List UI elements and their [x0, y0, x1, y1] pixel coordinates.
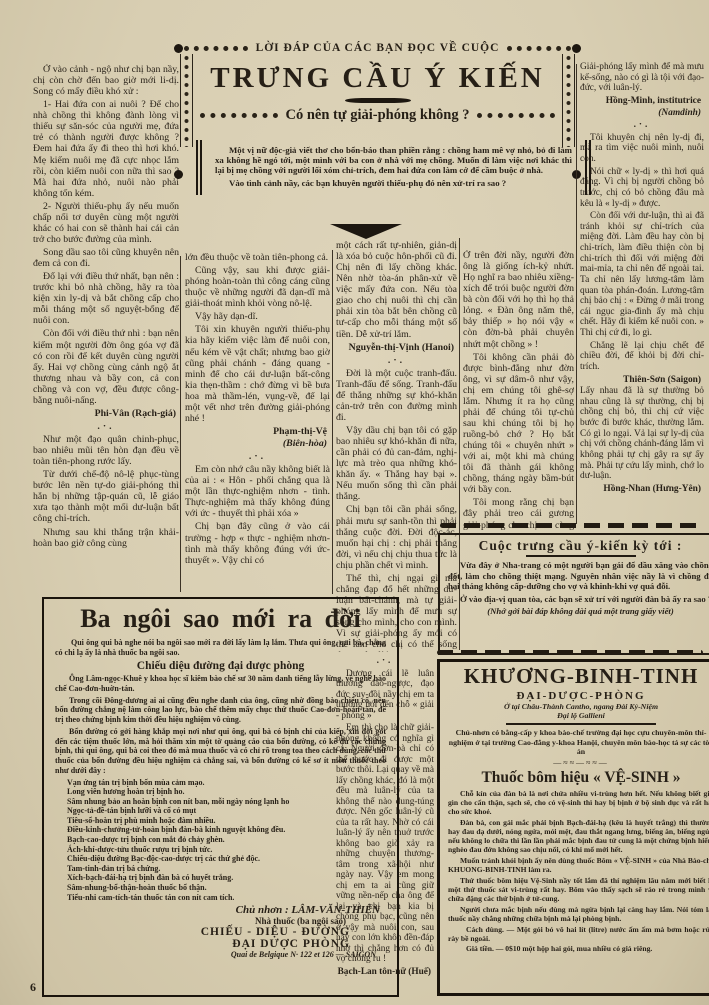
paragraph: Nói chữ « ly-dị » thì hơi quá đáng. Vì c… [580, 167, 704, 210]
paragraph: Trong cõi Đông-dương ai ai cũng đều nghe… [55, 696, 386, 725]
paragraph: Sâm-nhung-bổ-thận-hoàn thuốc bổ thận. [55, 883, 386, 893]
paragraph: Tiểu-nhi cam-tích-tán thuốc tán con nít … [55, 893, 386, 903]
khuong-product-title: Thuốc bôm hiệu « VỆ-SINH » [448, 769, 709, 787]
paragraph: Chỗ kín của đàn bà là nơi chứa nhiều vi-… [448, 790, 709, 817]
paragraph: Phi-Vân (Rạch-giá) [33, 408, 176, 419]
paragraph: .·. [185, 451, 330, 462]
paragraph: Một vị nữ độc-giả viết thơ cho bổn-báo t… [215, 145, 572, 176]
paragraph: Từ dưới chế-độ nô-lệ phục-tùng bước lên … [33, 469, 179, 524]
kicker-text: LỜI ĐÁP CỦA CÁC BẠN ĐỌC VỀ CUỘC [256, 42, 500, 54]
article-column-4: Ở trên đời nầy, người đờn ông là giống í… [463, 250, 574, 530]
paragraph: Cũng vậy, sau khi được giải-phóng hoàn-t… [185, 265, 330, 309]
paragraph: Như một đạo quân chinh-phục, bao nhiêu m… [33, 434, 179, 467]
paragraph: Sâm nhung bảo an hoàn bịnh con nít ban, … [55, 797, 386, 807]
newspaper-page: LỜI ĐÁP CỦA CÁC BẠN ĐỌC VỀ CUỘC TRƯNG CẦ… [0, 0, 709, 1005]
paragraph: Tôi không cần phải đò được bình-đẳng như… [463, 352, 574, 496]
paragraph: 1- Hai đứa con ai nuôi ? Để cho nhà chồn… [33, 99, 179, 199]
paragraph: Tam-tinh-đản trị bá chứng. [55, 864, 386, 874]
title-divider [345, 98, 411, 103]
paragraph: Thứ thuốc bôm hiệu Vệ-Sinh nầy tốt lắm đ… [448, 877, 709, 904]
subtitle-row: Có nên tự giải-phóng không ? [204, 107, 551, 124]
paragraph: Ngọc-tả-đề-tán bịnh lưỡi và cổ có mụt [55, 806, 386, 816]
paragraph: Xích-bạch-đái-hạ trị bịnh đàn bà có huyế… [55, 873, 386, 883]
three-stars-subhead: Chiếu diệu đường đại dược phòng [55, 660, 386, 672]
paragraph: Vậy dầu chị bạn tôi có gặp bao nhiêu sự … [336, 425, 457, 502]
next-survey-body: Vừa đây ở Nha-trang có một người bạn gái… [448, 560, 709, 617]
article-column-2: lớn đều thuộc về toàn tiên-phong cả.Cũng… [185, 252, 330, 594]
paragraph: Còn đối với điều thứ nhì : bạn nên kiếm … [33, 328, 179, 405]
column-rule [332, 250, 333, 594]
paragraph: Ở vào địa-vị quan tòa, các bạn sẽ xử trí… [448, 594, 709, 605]
khuong-ad-subtitle: ĐẠI-DƯỢC-PHÒNG [448, 690, 709, 702]
khuong-ad-title: KHƯƠNG-BINH-TINH [448, 664, 709, 689]
paragraph: Giải-phóng lấy mình để mà mưu kế-sống, n… [580, 62, 704, 94]
paragraph: Vậy hãy dạn-dĩ. [185, 311, 330, 322]
ornament-rule-icon [440, 523, 703, 528]
corner-dot-icon [572, 44, 581, 53]
paragraph: Song dầu sao tôi cũng khuyên nên đem cả … [33, 247, 179, 269]
paragraph: .·. [336, 355, 457, 366]
paragraph: Đàn bà, con gái mắc phải bịnh Bạch-đái-h… [448, 819, 709, 855]
paragraph: Ông Lâm-ngọc-Khuê y khoa học sĩ kiêm bào… [55, 674, 386, 694]
ornament-chain-icon [200, 113, 278, 118]
three-stars-footer: Chủ nhơn : LÂM-VĂN-THIÊNNhà thuốc (ba ng… [55, 904, 386, 959]
title-underline [526, 555, 636, 557]
three-stars-ad-box: Ba ngôi sao mới ra đời Qui ông qui bà ng… [42, 597, 399, 997]
paragraph: Điều-kinh-chưởng-tử-hoàn bịnh đàn-bà kin… [55, 825, 386, 835]
khuong-ad-credentials: Chủ-nhơn có bằng-cấp y khoa bào-chế trườ… [448, 728, 709, 757]
paragraph: (Biên-hòa) [185, 438, 327, 449]
article-column-5: Giải-phóng lấy mình để mà mưu kế-sống, n… [580, 62, 704, 526]
kicker-row: LỜI ĐÁP CỦA CÁC BẠN ĐỌC VỀ CUỘC [178, 42, 577, 54]
paragraph: CHIẾU - DIỆU - ĐƯỜNG [55, 926, 380, 938]
three-stars-lead: Qui ông qui bà nghe nói ba ngôi sao mới … [55, 638, 386, 658]
three-stars-title: Ba ngôi sao mới ra đời [55, 604, 386, 634]
paragraph: Vào tình cảnh nầy, các bạn khuyên người … [215, 178, 572, 188]
paragraph: Muốn tránh khỏi bịnh ấy nên dùng thuốc B… [448, 857, 709, 875]
title-area: TRƯNG CẦU Ý KIẾN Có nên tự giải-phóng kh… [178, 56, 577, 127]
paragraph: Người chưa mắc bịnh nếu dùng mà ngừa bịn… [448, 906, 709, 924]
three-stars-body: Ông Lâm-ngọc-Khuê y khoa học sĩ kiêm bào… [55, 674, 386, 776]
paragraph: lớn đều thuộc về toàn tiên-phong cả. [185, 252, 330, 263]
ornament-chain-icon [184, 46, 248, 51]
paragraph: Chẳng lẽ lại chịu chết để chiều đời, để … [580, 341, 704, 373]
paragraph: Tiêu-sổ-hoàn trị phù minh hoặc đàm nhiều… [55, 816, 386, 826]
paragraph: Thiên-Sơn (Saigon) [580, 375, 701, 386]
paragraph: Giá tiền. — 0$10 một hộp hai gói, mua nh… [448, 945, 709, 954]
khuong-ad-address1: Ở tại Châu-Thành Cantho, ngang Đài Kỷ-Ni… [448, 702, 709, 711]
ornament-rule-icon [437, 650, 703, 655]
corner-dot-icon [174, 44, 183, 53]
paragraph: Cách dùng. — Một gói bỏ vô hai lít (litr… [448, 926, 709, 944]
ornament-squiggle-icon: —≈≈—≈≈— [448, 758, 709, 767]
paragraph: Chiếu-diệu đường Bạc-độc-cao-dược trị cá… [55, 854, 386, 864]
paragraph: Chủ nhơn : LÂM-VĂN-THIÊN [55, 904, 380, 916]
paragraph: Ở vào cảnh - ngộ như chị bạn nầy, chị cò… [33, 64, 179, 97]
paragraph: Nguyễn-thị-Vịnh (Hanoi) [336, 342, 454, 353]
paragraph: (Namdinh) [580, 108, 701, 119]
column-rule [180, 256, 181, 592]
paragraph: .·. [33, 421, 179, 432]
next-survey-title: Cuộc trưng cầu ý-kiến kỳ tới : [448, 538, 709, 554]
paragraph: Long viên hương hoàn trị bịnh ho. [55, 787, 386, 797]
masthead: LỜI ĐÁP CỦA CÁC BẠN ĐỌC VỀ CUỘC TRƯNG CẦ… [178, 42, 577, 127]
paragraph: Em còn nhớ câu nầy không biết là của ai … [185, 464, 330, 519]
khuong-ad-address2: Đại lộ Gallieni [448, 711, 709, 720]
page-title: TRƯNG CẦU Ý KIẾN [204, 62, 551, 95]
paragraph: Bổn đường có gởi hàng khắp mọi nơi như q… [55, 727, 386, 776]
divider-rule [506, 723, 656, 725]
khuong-ad-body: Chỗ kín của đàn bà là nơi chứa nhiều vi-… [448, 790, 709, 954]
khuong-ad-box: KHƯƠNG-BINH-TINH ĐẠI-DƯỢC-PHÒNG Ở tại Ch… [437, 659, 709, 996]
paragraph: Bạch-cao-dược trị bịnh con mắt đỏ chảy g… [55, 835, 386, 845]
intro-box: Một vị nữ độc-giả viết thơ cho bổn-báo t… [196, 140, 591, 195]
page-subtitle: Có nên tự giải-phóng không ? [286, 107, 470, 124]
page-number: 6 [30, 980, 36, 995]
paragraph: Đổ lại với điều thứ nhất, bạn nên : trướ… [33, 271, 179, 326]
paragraph: Đời là một cuộc tranh-đấu. Tranh-đấu để … [336, 368, 457, 423]
paragraph: Lấy nhau đã là sự thường bỏ nhau cũng là… [580, 386, 704, 482]
next-survey-box: Cuộc trưng cầu ý-kiến kỳ tới : Vừa đây ở… [438, 533, 709, 655]
paragraph: Hồng-Nhan (Hưng-Yên) [580, 484, 701, 495]
paragraph: Còn đối với dư-luận, thì ai đã tránh khỏ… [580, 211, 704, 339]
article-column-1: Ở vào cảnh - ngộ như chị bạn nầy, chị cò… [33, 64, 179, 594]
ornament-strip-icon [562, 54, 575, 147]
paragraph: một cách rất tự-nhiên, giản-dị là xóa bỏ… [336, 240, 457, 340]
paragraph: Tôi xin khuyên người thiếu-phụ kia hãy k… [185, 324, 330, 424]
paragraph: Quai de Belgique N· 122 et 126 — SAIGON [55, 950, 380, 959]
paragraph: Nhà thuốc (ba ngôi sao) [55, 916, 380, 926]
paragraph: Ách-khí-dược-tửu thuốc rượu trị bịnh tức… [55, 845, 386, 855]
paragraph: ĐẠI DƯỢC PHÒNG [55, 938, 380, 950]
paragraph: Ở trên đời nầy, người đờn ông là giống í… [463, 250, 574, 350]
paragraph: Vạn ứng tán trị bịnh bốn mùa cảm mạo. [55, 778, 386, 788]
paragraph: Tôi khuyên chị nên ly-dị đi, mà ra tìm v… [580, 133, 704, 165]
paragraph: 2- Người thiếu-phụ ấy nếu muốn chấp nối … [33, 201, 179, 245]
paragraph: .·. [580, 120, 704, 131]
arrow-down-icon [330, 224, 402, 239]
paragraph: (Nhớ gởi bài đáp không dài quá một trang… [448, 606, 709, 617]
paragraph: Vừa đây ở Nha-trang có một người bạn gái… [448, 560, 709, 592]
paragraph: Hồng-Minh, institutrice [580, 96, 701, 107]
ornament-strip-icon [180, 54, 193, 147]
remedy-list: Vạn ứng tán trị bịnh bốn mùa cảm mạo.Lon… [55, 778, 386, 903]
ornament-chain-icon [507, 46, 571, 51]
paragraph: Chị bạn đây cũng ở vào cái trường - hợp … [185, 521, 330, 565]
paragraph: Nhưng sau khi thắng trận khải-hoàn bao g… [33, 527, 179, 549]
paragraph: Phạm-thị-Vệ [185, 426, 327, 437]
column-rule [576, 64, 577, 524]
ornament-chain-icon [477, 113, 555, 118]
